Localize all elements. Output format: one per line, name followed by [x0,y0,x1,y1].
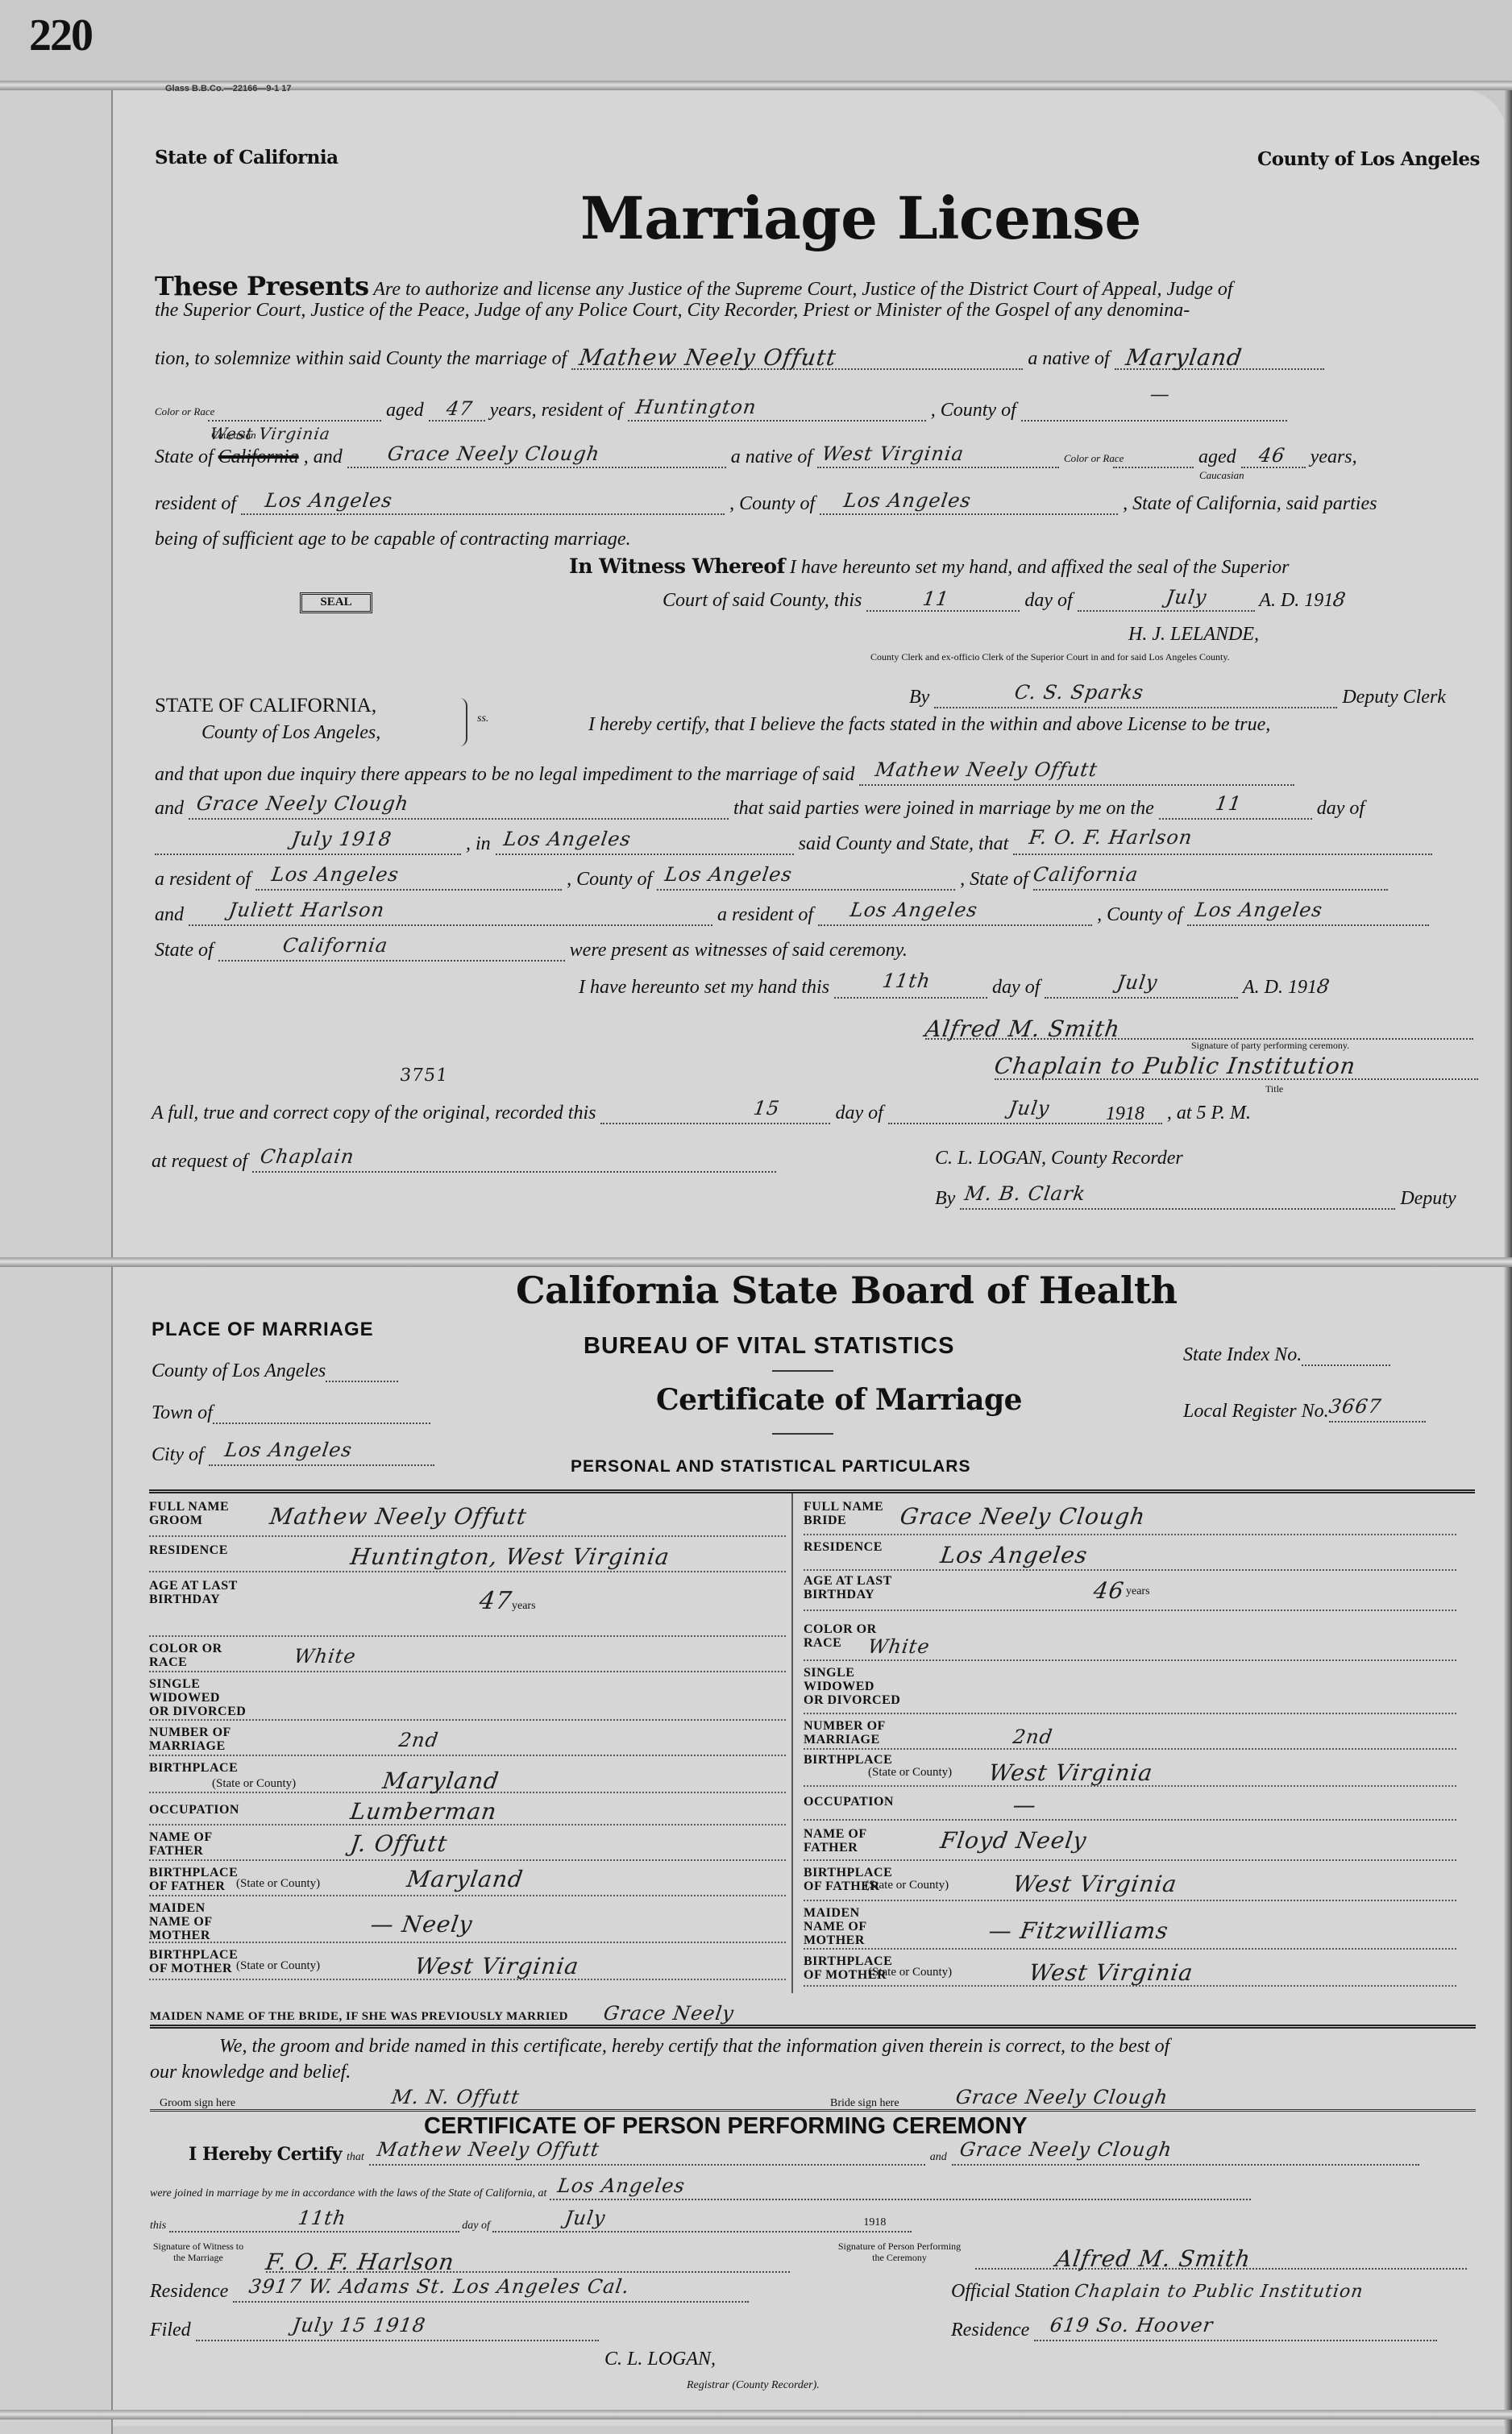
bride-row-father-birthplace: BIRTHPLACE OF FATHER (State or County) W… [804,1861,1456,1901]
certify-lead: I Hereby Certify [189,2144,342,2165]
bride-father-birthplace-value: West Virginia [1011,1871,1179,1897]
county-recorder: C. L. LOGAN, County Recorder [935,1148,1183,1169]
bride-years-label: years, [1311,447,1357,467]
bride-row-occupation: OCCUPATION — [804,1787,1456,1821]
particulars-heading: PERSONAL AND STATISTICAL PARTICULARS [571,1457,970,1477]
ceremony-day-of-label: day of [462,2220,490,2232]
performer-signature: Alfred M. Smith [1054,2245,1252,2272]
witness2-county-field: Los Angeles [1194,899,1324,921]
groom-mother-value: — Neely [369,1911,475,1938]
clerk-title: County Clerk and ex-officio Clerk of the… [870,651,1230,663]
joined-place-field: Los Angeles [502,828,633,850]
town-label: Town of [152,1402,213,1423]
clerk-name: H. J. LELANDE, [1128,624,1259,646]
sufficient-age-text: being of sufficient age to be capable of… [155,529,631,550]
resident-of-label: resident of [155,493,236,514]
witness-whereof-lead: In Witness Whereof [569,555,785,578]
filed-label: Filed [150,2320,191,2341]
hand-text: I have hereunto set my hand this [579,977,829,998]
ceremony-year-field: 1918 [863,2216,886,2229]
in-label: , in [466,833,491,854]
bride-row-father: NAME OF FATHER Floyd Neely [804,1821,1456,1861]
groom-father-value: J. Offutt [349,1830,450,1857]
joined-text: that said parties were joined in marriag… [733,798,1154,819]
ceremony-joined-text: were joined in marriage by me in accorda… [150,2187,546,2199]
recorded-text: A full, true and correct copy of the ori… [152,1103,596,1124]
recorded-day-field: 15 [753,1097,782,1119]
issue-year-digit: 8 [1331,588,1348,611]
present-text: were present as witnesses of said ceremo… [570,940,908,961]
bride-native-label: a native of [731,447,812,467]
groom-row-birthplace: BIRTHPLACE (State or County) Maryland [149,1756,786,1793]
intro-text-1: Are to authorize and license any Justice… [373,279,1232,300]
registrar-title: Registrar (County Recorder). [687,2379,820,2392]
bride-native-field: West Virginia [820,442,966,465]
recorder-by-label: By [935,1188,955,1209]
groom-row-residence: RESIDENCE Huntington, West Virginia [149,1537,786,1572]
recorded-year-field: 1918 [1106,1103,1144,1125]
joined-day-field: 11 [1214,792,1243,815]
divider-1 [772,1370,833,1372]
bride-aged-label: aged [1198,447,1236,467]
officiant-signature: Alfred M. Smith [924,1016,1122,1042]
groom-name-field: Mathew Neely Offutt [578,344,838,371]
groom-occupation-value: Lumberman [349,1798,499,1825]
joined-month-year-field: July 1918 [290,828,393,850]
maiden-label: MAIDEN NAME OF THE BRIDE, IF SHE WAS PRE… [150,2010,568,2023]
state-index-label: State Index No. [1183,1344,1302,1365]
affirm-text-2: our knowledge and belief. [150,2062,351,2083]
header-state: State of California [155,147,339,168]
w2-and-label: and [155,904,184,925]
ceremony-this-label: this [150,2220,166,2232]
board-title: California State Board of Health [516,1269,1178,1312]
groom-age-value: 47 [478,1587,514,1615]
ceremony-month-field: July [563,2207,607,2229]
caucasian-label-2: Caucasian [1199,469,1244,482]
filed-date-field: July 15 1918 [291,2314,427,2336]
groom-state-field: West Virginia [209,424,331,443]
w2-county-label: , County of [1097,904,1182,925]
performer-residence-label: Residence [951,2320,1029,2341]
state-of-california-caption: STATE OF CALIFORNIA, [155,695,376,717]
place-county: County of Los Angeles [152,1360,326,1381]
city-field: Los Angeles [223,1439,354,1461]
affirm-text-1: We, the groom and bride named in this ce… [219,2036,1169,2058]
recorder-deputy-label: Deputy [1400,1188,1456,1209]
particulars-table: FULL NAME GROOM Mathew Neely Offutt RESI… [149,1489,1475,2013]
request-label: at request of [152,1151,247,1172]
recorder-deputy-sig: M. B. Clark [963,1182,1087,1205]
issue-ad-label: A. D. 191 [1259,590,1333,611]
witness-residence-label: Residence [150,2281,228,2302]
issue-day-of-label: day of [1024,590,1072,611]
witness1-residence-field: Los Angeles [270,863,401,886]
witness1-name-field: F. O. F. Harlson [1028,826,1194,849]
bride-mother-value: — Fitzwilliams [987,1917,1170,1944]
witness2-state-field: California [281,934,389,957]
print-code: Glass B.B.Co.—22166—9-1 17 [165,84,292,93]
bride-row-residence: RESIDENCE Los Angeles [804,1535,1456,1571]
state-california-text: , State of California, said parties [1123,493,1377,514]
maiden-value: Grace Neely [602,2002,736,2025]
groom-birthplace-value: Maryland [381,1767,501,1794]
state-of-label: State of [155,447,214,467]
groom-residence-field: Huntington [634,396,758,418]
groom-father-birthplace-value: Maryland [405,1866,525,1892]
ceremony-bride-field: Grace Neely Clough [958,2138,1173,2161]
groom-row-mother-birthplace: BIRTHPLACE OF MOTHER (State or County) W… [149,1943,786,1980]
groom-signature: M. N. Offutt [390,2086,521,2108]
rule-band-middle [0,1257,1512,1267]
w2-resident-label: a resident of [717,904,813,925]
bride-row-birthplace: BIRTHPLACE (State or County) West Virgin… [804,1750,1456,1787]
bride-signature: Grace Neely Clough [954,2086,1169,2108]
performer-residence-field: 619 So. Hoover [1049,2314,1215,2336]
witness1-state-field: California [1032,863,1140,886]
bride-marriage-number-value: 2nd [1011,1726,1054,1748]
state-printed-struck: California [218,447,299,467]
cert-title: Certificate of Marriage [656,1383,1022,1417]
groom-marriage-number-value: 2nd [397,1729,440,1751]
solemnize-text: tion, to solemnize within said County th… [155,348,567,369]
witness-whereof-text: I have hereunto set my hand, and affixed… [790,557,1290,578]
bride-occupation-value: — [1011,1792,1039,1818]
witness2-name-field: Juliett Harlson [227,899,386,921]
document-title: Marriage License [580,184,1141,252]
bride-county-label: , County of [729,493,815,514]
witness-residence-field: 3917 W. Adams St. Los Angeles Cal. [247,2275,631,2298]
bride-age-field: 46 [1257,444,1286,467]
local-register-field: 3667 [1327,1395,1383,1418]
bride-row-marital: SINGLE WIDOWED OR DIVORCED [804,1661,1456,1714]
recorded-month-field: July [1007,1097,1051,1119]
deputy-clerk-label: Deputy Clerk [1342,687,1446,708]
bride-row-fullname: FULL NAME BRIDE Grace Neely Clough [804,1500,1456,1535]
w2-state-label: State of [155,940,214,961]
issue-month-field: July [1165,586,1208,608]
bride-row-mother: MAIDEN NAME OF MOTHER — Fitzwilliams [804,1901,1456,1950]
local-register-label: Local Register No. [1183,1401,1329,1422]
ceremony-groom-field: Mathew Neely Offutt [376,2138,601,2161]
groom-age-field: 47 [445,397,474,420]
rule-band-bottom [0,2410,1512,2419]
groom-mother-birthplace-value: West Virginia [413,1953,581,1979]
cert-groom-field: Mathew Neely Offutt [874,758,1099,781]
bureau-heading: BUREAU OF VITAL STATISTICS [584,1333,954,1360]
bride-residence-value: Los Angeles [939,1542,1090,1568]
request-by-field: Chaplain [259,1145,356,1168]
record-number: 3751 [398,1065,450,1086]
ss-bracket [458,698,467,746]
deputy-clerk-sig: C. S. Sparks [1013,681,1145,704]
certify-text: I hereby certify, that I believe the fac… [588,714,1270,736]
bride-name-field: Grace Neely Clough [386,442,601,465]
joined-day-of-label: day of [1317,798,1365,819]
page-number: 220 [29,10,92,61]
groom-row-age: AGE AT LAST BIRTHDAY 47 years [149,1572,786,1637]
seal-box: SEAL [300,592,372,613]
w1-county-label: , County of [567,869,652,890]
bride-father-value: Floyd Neely [939,1827,1089,1854]
bride-race-value: White [866,1635,932,1658]
groom-row-father-birthplace: BIRTHPLACE OF FATHER (State or County) M… [149,1861,786,1896]
groom-row-marriage-number: NUMBER OF MARRIAGE 2nd [149,1721,786,1756]
groom-row-fullname: FULL NAME GROOM Mathew Neely Offutt [149,1500,786,1537]
table-divider [791,1493,793,1993]
bride-color-race-bracket: Color or Race [1064,453,1108,463]
w1-state-label: , State of [960,869,1028,890]
native-of-label: a native of [1028,348,1109,369]
witness1-county-field: Los Angeles [663,863,794,886]
title-caption: Title [1265,1083,1283,1095]
bride-sign-label: Bride sign here [830,2097,899,2110]
groom-row-race: COLOR OR RACE White [149,1637,786,1672]
official-station-field: Chaplain to Public Institution [1074,2282,1365,2302]
county-caption: County of Los Angeles, [201,722,380,744]
bride-county-field: Los Angeles [842,489,973,512]
years-resident-label: years, resident of [490,400,623,421]
ceremony-place-field: Los Angeles [556,2174,687,2197]
intro-lead: These Presents [155,271,369,301]
groom-row-mother: MAIDEN NAME OF MOTHER — Neely [149,1896,786,1943]
performer-sig-label: Signature of Person Performing the Cerem… [835,2241,964,2263]
witness2-residence-field: Los Angeles [849,899,979,921]
groom-native-field: Maryland [1124,344,1244,371]
groom-row-occupation: OCCUPATION Lumberman [149,1793,786,1826]
ceremony-witness-signature: F. O. F. Harlson [264,2249,456,2275]
hand-year-digit: 8 [1315,975,1331,998]
maiden-row: MAIDEN NAME OF THE BRIDE, IF SHE WAS PRE… [150,2002,1476,2029]
signature-caption: Signature of party performing ceremony. [1191,1040,1349,1052]
official-station-label: Official Station [951,2281,1070,2302]
state-index-field [1302,1345,1390,1366]
groom-race-value: White [293,1645,358,1668]
by-label: By [909,687,929,708]
county-state-text: said County and State, that [799,833,1009,854]
cert-and-label: and [155,798,184,819]
hand-month-field: July [1115,971,1159,994]
w1-resident-label: a resident of [155,869,251,890]
aged-label: aged [386,400,424,421]
issue-day-field: 11 [921,588,950,610]
intro-text-2: the Superior Court, Justice of the Peace… [155,300,1190,322]
groom-sign-label: Groom sign here [160,2097,235,2110]
hand-day-field: 11th [881,970,933,992]
cert-bride-field: Grace Neely Clough [195,792,410,815]
ceremony-day-field: 11th [297,2207,348,2229]
witness-sig-label: Signature of Witness to the Marriage [150,2241,247,2263]
header-county: County of Los Angeles [1257,148,1480,170]
color-race-bracket: Color or Race [155,406,203,417]
bride-birthplace-value: West Virginia [987,1759,1155,1786]
bride-row-age: AGE AT LAST BIRTHDAY 46 years [804,1571,1456,1611]
bride-fullname-value: Grace Neely Clough [899,1503,1148,1530]
groom-fullname-value: Mathew Neely Offutt [268,1503,529,1530]
bride-residence-field: Los Angeles [264,489,394,512]
inquiry-text: and that upon due inquiry there appears … [155,764,854,785]
sign-row: Groom sign here M. N. Offutt Bride sign … [150,2087,1476,2112]
registrar-name: C. L. LOGAN, [604,2349,716,2370]
groom-row-father: NAME OF FATHER J. Offutt [149,1826,786,1861]
bride-age-value: 46 [1092,1577,1126,1604]
court-text: Court of said County, this [663,590,862,611]
place-of-marriage-heading: PLACE OF MARRIAGE [152,1319,374,1341]
bride-row-mother-birthplace: BIRTHPLACE OF MOTHER (State or County) W… [804,1950,1456,1987]
groom-row-marital: SINGLE WIDOWED OR DIVORCED [149,1672,786,1721]
bride-row-marriage-number: NUMBER OF MARRIAGE 2nd [804,1714,1456,1750]
groom-residence-value: Huntington, West Virginia [349,1543,671,1570]
county-of-label: , County of [931,400,1016,421]
ceremony-heading: CERTIFICATE OF PERSON PERFORMING CEREMON… [424,2113,1028,2140]
hand-ad-label: A. D. 191 [1243,977,1317,998]
groom-county-field: — [1149,383,1172,405]
city-label: City of [152,1444,204,1465]
recorded-time: , at 5 P. M. [1167,1103,1251,1124]
officiant-title-field: Chaplain to Public Institution [993,1053,1358,1079]
bride-row-race: COLOR OR RACE White [804,1611,1456,1661]
divider-2 [772,1433,833,1435]
ss-label: ss. [477,712,488,725]
that-label: that [347,2151,364,2163]
hand-day-of-label: day of [992,977,1040,998]
ceremony-and-label: and [930,2151,947,2163]
bride-mother-birthplace-value: West Virginia [1028,1959,1195,1986]
and-label: , and [304,447,343,467]
recorded-day-of-label: day of [835,1103,883,1124]
